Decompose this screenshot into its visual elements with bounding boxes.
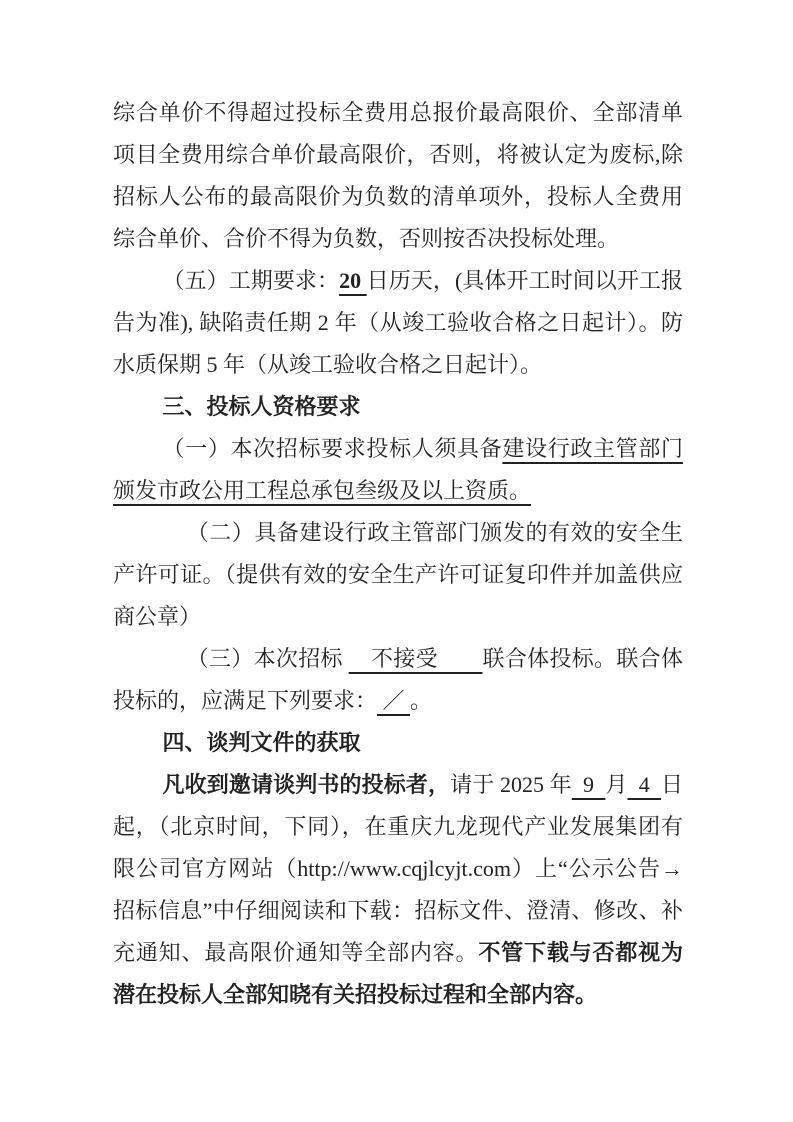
document-page: 综合单价不得超过投标全费用总报价最高限价、全部清单项目全费用综合单价最高限价，否… bbox=[0, 0, 793, 1122]
filled-blank: 20 bbox=[339, 268, 367, 293]
text-run: 综合单价不得超过投标全费用总报价最高限价、全部清单项目全费用综合单价最高限价，否… bbox=[113, 100, 683, 251]
paragraph: （二）具备建设行政主管部门颁发的有效的安全生产许可证。（提供有效的安全生产许可证… bbox=[113, 512, 683, 638]
text-run: 请于 2025 年 bbox=[450, 772, 572, 797]
text-run: （二）具备建设行政主管部门颁发的有效的安全生产许可证。（提供有效的安全生产许可证… bbox=[113, 520, 683, 629]
filled-blank: 4 bbox=[627, 772, 661, 797]
text-run: 四、谈判文件的获取 bbox=[163, 730, 361, 755]
paragraph: 综合单价不得超过投标全费用总报价最高限价、全部清单项目全费用综合单价最高限价，否… bbox=[113, 92, 683, 260]
section-heading: 三、投标人资格要求 bbox=[113, 386, 683, 428]
text-run: （一）本次招标要求投标人须具备 bbox=[163, 436, 503, 461]
filled-blank: 不接受 bbox=[349, 646, 483, 671]
text-run: 月 bbox=[605, 772, 627, 797]
filled-blank: 9 bbox=[572, 772, 606, 797]
text-run: （五）工期要求： bbox=[163, 268, 340, 293]
paragraph: （一）本次招标要求投标人须具备建设行政主管部门颁发市政公用工程总承包叁级及以上资… bbox=[113, 428, 683, 512]
filled-blank: ／ bbox=[377, 688, 410, 713]
document-body: 综合单价不得超过投标全费用总报价最高限价、全部清单项目全费用综合单价最高限价，否… bbox=[113, 92, 683, 1016]
text-run: 凡收到邀请谈判书的投标者， bbox=[163, 772, 451, 797]
text-run: 。 bbox=[410, 688, 432, 713]
paragraph: 凡收到邀请谈判书的投标者，请于 2025 年 9 月 4 日起，（北京时间，下同… bbox=[113, 764, 683, 1016]
text-run: 三、投标人资格要求 bbox=[163, 394, 361, 419]
text-run: 日起，（北京时间，下同），在重庆九龙现代产业发展集团有限公司官方网站（http:… bbox=[113, 772, 683, 965]
paragraph: （五）工期要求：20 日历天，(具体开工时间以开工报告为准), 缺陷责任期 2 … bbox=[113, 260, 683, 386]
paragraph: （三）本次招标 不接受 联合体投标。联合体投标的，应满足下列要求： ／ 。 bbox=[113, 638, 683, 722]
text-run: （三）本次招标 bbox=[187, 646, 349, 671]
section-heading: 四、谈判文件的获取 bbox=[113, 722, 683, 764]
